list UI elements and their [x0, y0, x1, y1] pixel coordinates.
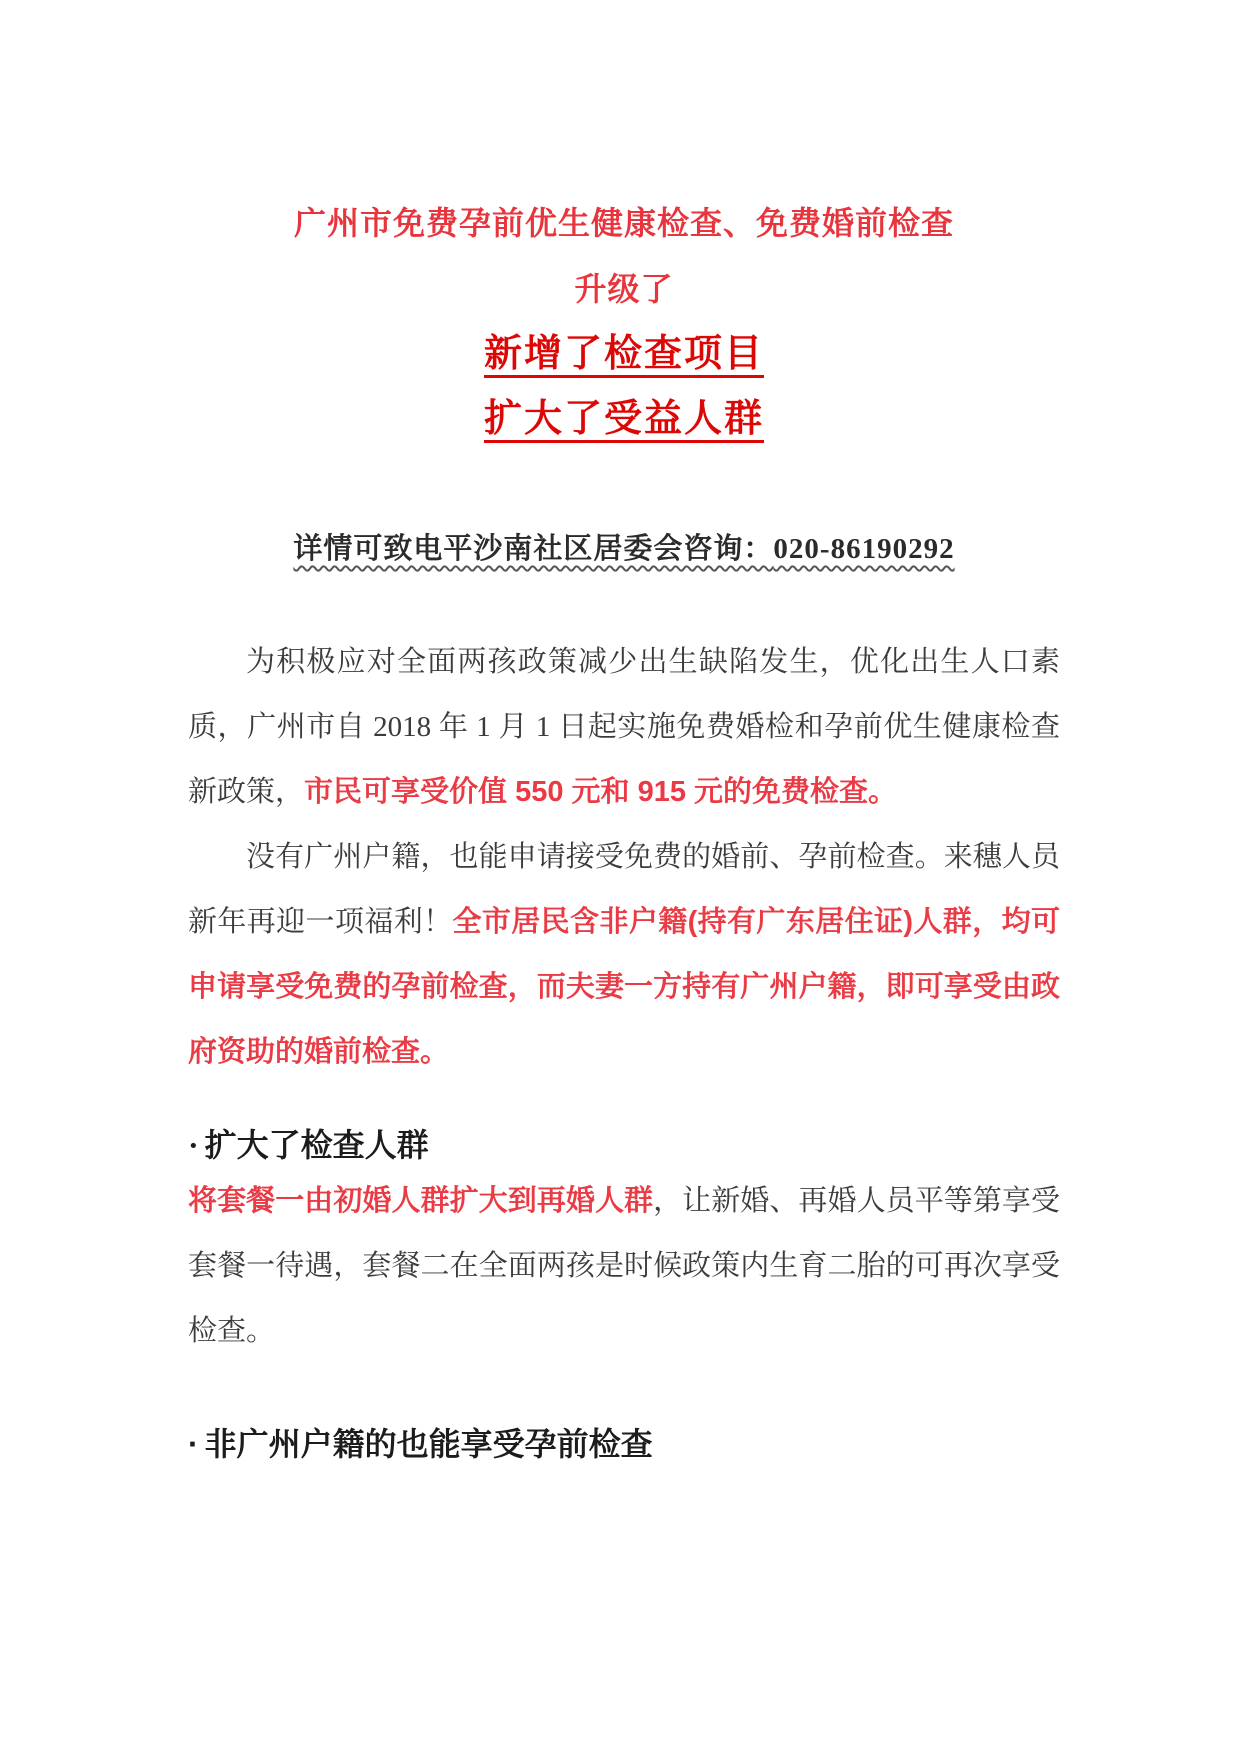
contact-label: 详情可致电平沙南社区居委会咨询：	[293, 533, 773, 565]
doc-subtitle-line-2: 扩大了受益人群	[484, 398, 764, 440]
paragraph-packages: 将套餐一由初婚人群扩大到再婚人群，让新婚、再婚人员平等第享受套餐一待遇，套餐二在…	[188, 1169, 1060, 1364]
doc-title-line-1: 广州市免费孕前优生健康检查、免费婚前检查	[188, 190, 1060, 256]
section-heading-expanded-groups: ·扩大了检查人群	[188, 1121, 1060, 1169]
doc-subtitle-row-1: 新增了检查项目	[188, 322, 1060, 387]
contact-underlined-text: 详情可致电平沙南社区居委会咨询：020-86190292	[293, 533, 954, 565]
p1-red-highlight: 市民可享受价值 550 元和 915 元的免费检查。	[304, 776, 897, 808]
paragraph-policy-intro: 为积极应对全面两孩政策减少出生缺陷发生，优化出生人口素质，广州市自 2018 年…	[188, 630, 1060, 825]
bullet-icon: ·	[188, 1426, 199, 1462]
heading2-text: 非广州户籍的也能享受孕前检查	[205, 1426, 653, 1462]
section-heading-non-guangzhou: ·非广州户籍的也能享受孕前检查	[188, 1420, 1060, 1468]
document-page: 广州市免费孕前优生健康检查、免费婚前检查 升级了 新增了检查项目 扩大了受益人群…	[0, 0, 1240, 1753]
heading1-text: 扩大了检查人群	[205, 1127, 429, 1163]
document-body: 为积极应对全面两孩政策减少出生缺陷发生，优化出生人口素质，广州市自 2018 年…	[188, 630, 1060, 1468]
doc-title-line-2: 升级了	[188, 256, 1060, 322]
doc-subtitle-line-1: 新增了检查项目	[484, 333, 764, 375]
paragraph-non-resident: 没有广州户籍，也能申请接受免费的婚前、孕前检查。来穗人员新年再迎一项福利！全市居…	[188, 825, 1060, 1085]
doc-subtitle: 新增了检查项目 扩大了受益人群	[188, 322, 1060, 452]
doc-subtitle-row-2: 扩大了受益人群	[188, 387, 1060, 452]
contact-line: 详情可致电平沙南社区居委会咨询：020-86190292	[188, 518, 1060, 580]
p3-red-highlight: 将套餐一由初婚人群扩大到再婚人群	[188, 1185, 653, 1217]
doc-title: 广州市免费孕前优生健康检查、免费婚前检查 升级了	[188, 190, 1060, 322]
bullet-icon: ·	[188, 1127, 199, 1163]
contact-phone-number: 020-86190292	[773, 533, 954, 565]
